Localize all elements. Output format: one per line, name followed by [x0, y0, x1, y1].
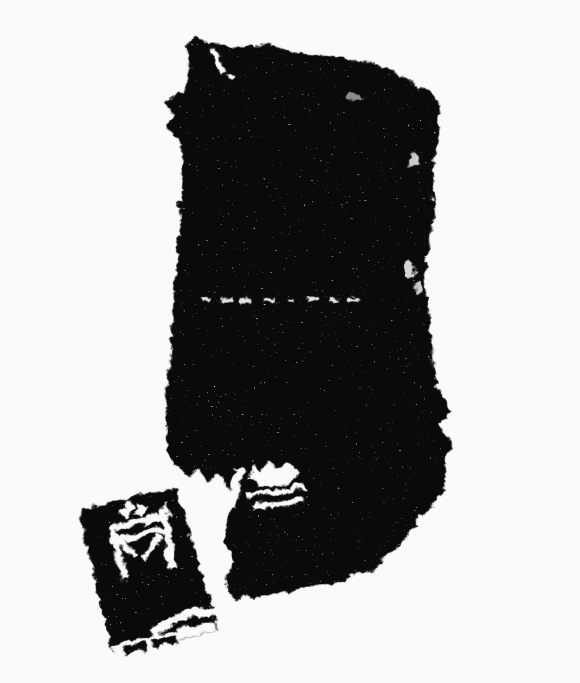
scan-page — [0, 0, 580, 683]
right-fleck-3 — [413, 281, 421, 293]
right-fleck-4 — [430, 337, 436, 347]
right-fleck-1 — [408, 151, 416, 165]
right-fleck-2 — [404, 260, 414, 276]
halftone-figure — [0, 0, 580, 683]
top-gash-dot — [226, 73, 232, 81]
halftone-photo-svg — [0, 0, 580, 683]
